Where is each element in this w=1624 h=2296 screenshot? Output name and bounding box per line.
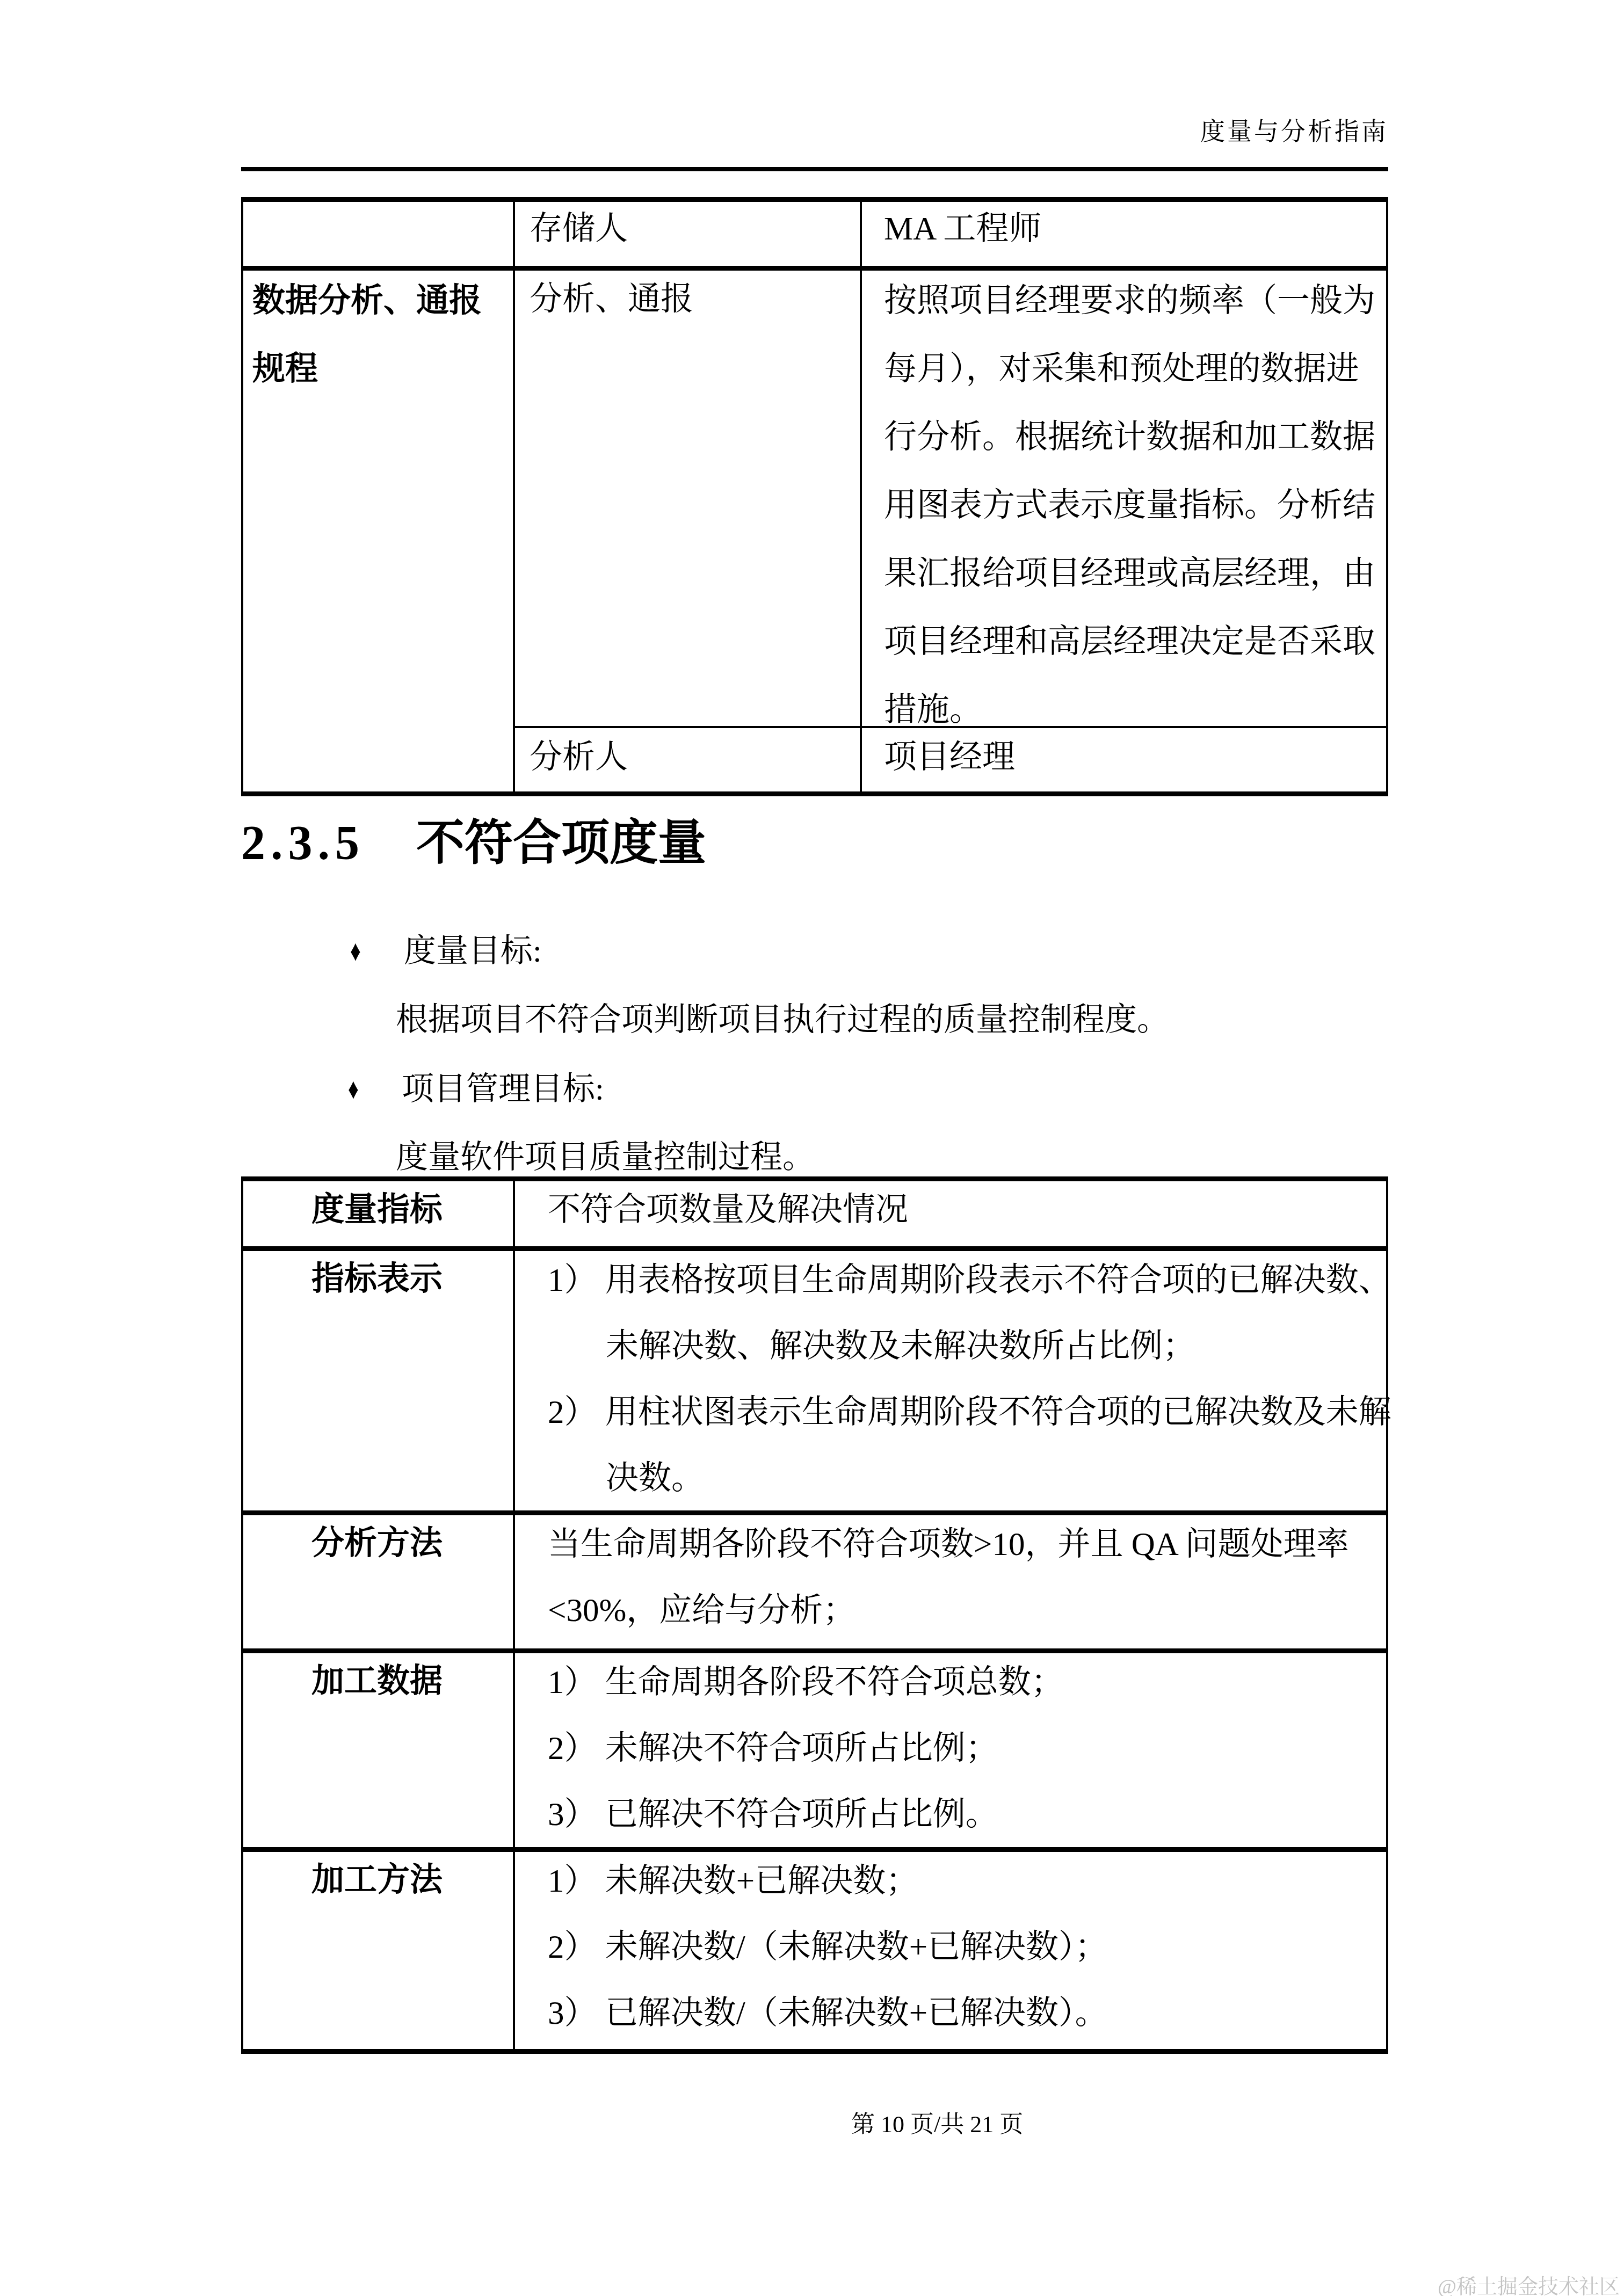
table1-border-left [241,197,243,796]
table2-representation-label: 指标表示 [311,1263,443,1296]
table1-analysis-row-name-line2: 规程 [252,335,482,403]
table2-representation-line: 1） 用表格按项目生命周期阶段表示不符合项的已解决数、 [548,1247,1391,1313]
bullet-mgmt-text: 度量软件项目质量控制过程。 [396,1141,815,1173]
table1-analysis-row-name-line1: 数据分析、通报 [252,267,482,335]
header-rule [241,167,1388,171]
table2-processed-data-label: 加工数据 [311,1665,443,1698]
table1-analysis-description-line: 行分析。根据统计数据和加工数据 [884,403,1375,471]
table2-analysis-method-line: 当生命周期各阶段不符合项数>10，并且 QA 问题处理率 [548,1512,1349,1578]
table2-representation-line: 未解决数、解决数及未解决数所占比例； [548,1313,1391,1379]
table2-analysis-method-line: <30%，应给与分析； [548,1578,1349,1644]
diamond-bullet-icon: ♦ [350,936,361,965]
section-number: 2.3.5 [241,817,365,870]
table1-analysis-description-line: 果汇报给项目经理或高层经理，由 [884,540,1375,608]
section-heading: 2.3.5不符合项度量 [241,819,706,868]
table2-metric-value: 不符合项数量及解决情况 [548,1194,908,1226]
table2-column-separator [513,1176,515,2054]
page-header-title: 度量与分析指南 [1200,119,1388,144]
bullet-goal-label: 度量目标: [404,935,542,967]
table2-processed-data-content: 1） 生命周期各阶段不符合项总数； 2） 未解决不符合项所占比例； 3） 已解决… [548,1650,1064,1848]
table1-analyst-role-label: 分析人 [530,741,628,774]
table2-processing-method-line: 1） 未解决数+已解决数； [548,1848,1108,1914]
table1-analysis-row-name: 数据分析、通报 规程 [252,267,482,403]
table2-border-top [241,1176,1388,1181]
table1-analyst-role-value: 项目经理 [884,741,1015,774]
table2-processing-method-line: 3） 已解决数/（未解决数+已解决数）。 [548,1980,1108,2046]
table1-analysis-description-line: 项目经理和高层经理决定是否采取 [884,608,1375,676]
bullet-goal-text: 根据项目不符合项判断项目执行过程的质量控制程度。 [396,1004,1169,1036]
bullet-mgmt-label: 项目管理目标: [402,1073,604,1105]
table1-analysis-description: 按照项目经理要求的频率（一般为 每月），对采集和预处理的数据进 行分析。根据统计… [884,267,1375,744]
table2-representation-line: 决数。 [548,1445,1391,1512]
table2-analysis-method-content: 当生命周期各阶段不符合项数>10，并且 QA 问题处理率 <30%，应给与分析； [548,1512,1349,1644]
table2-metric-label: 度量指标 [311,1194,443,1226]
table2-border-left [241,1176,243,2054]
table2-border-bottom [241,2049,1388,2054]
table2-representation-line: 2） 用柱状图表示生命周期阶段不符合项的已解决数及未解 [548,1379,1391,1445]
table2-processed-data-line: 1） 生命周期各阶段不符合项总数； [548,1650,1064,1716]
diamond-bullet-icon: ♦ [348,1074,359,1103]
table1-analysis-description-line: 每月），对采集和预处理的数据进 [884,335,1375,403]
table2-processing-method-line: 2） 未解决数/（未解决数+已解决数）； [548,1914,1108,1980]
watermark-text: @稀土掘金技术社区 [1438,2277,1620,2296]
table2-analysis-method-label: 分析方法 [311,1527,443,1560]
table1-column-separator-2 [860,197,862,796]
table1-analysis-description-line: 用图表方式表示度量指标。分析结 [884,471,1375,540]
section-title: 不符合项度量 [416,817,706,870]
table2-processed-data-line: 2） 未解决不符合项所占比例； [548,1716,1064,1782]
table2-processed-data-line: 3） 已解决不符合项所占比例。 [548,1782,1064,1848]
table1-analysis-description-line: 按照项目经理要求的频率（一般为 [884,267,1375,335]
table1-border-bottom [241,791,1388,796]
table1-storage-role-label: 存储人 [530,213,628,245]
table1-storage-role-value: MA 工程师 [884,213,1041,245]
table1-column-separator-1 [513,197,515,796]
table2-processing-method-content: 1） 未解决数+已解决数； 2） 未解决数/（未解决数+已解决数）； 3） 已解… [548,1848,1108,2046]
table1-border-top [241,197,1388,202]
table2-representation-content: 1） 用表格按项目生命周期阶段表示不符合项的已解决数、 未解决数、解决数及未解决… [548,1247,1391,1512]
document-page: 度量与分析指南 存储人 MA 工程师 数据分析、通报 规程 分析、通报 按照项目… [0,0,1624,2296]
table2-processing-method-label: 加工方法 [311,1864,443,1897]
table1-border-right [1386,197,1388,796]
table1-analysis-activity: 分析、通报 [530,283,693,316]
page-number-footer: 第 10 页/共 21 页 [851,2113,1023,2137]
table1-analysis-description-line: 措施。 [884,676,1375,744]
